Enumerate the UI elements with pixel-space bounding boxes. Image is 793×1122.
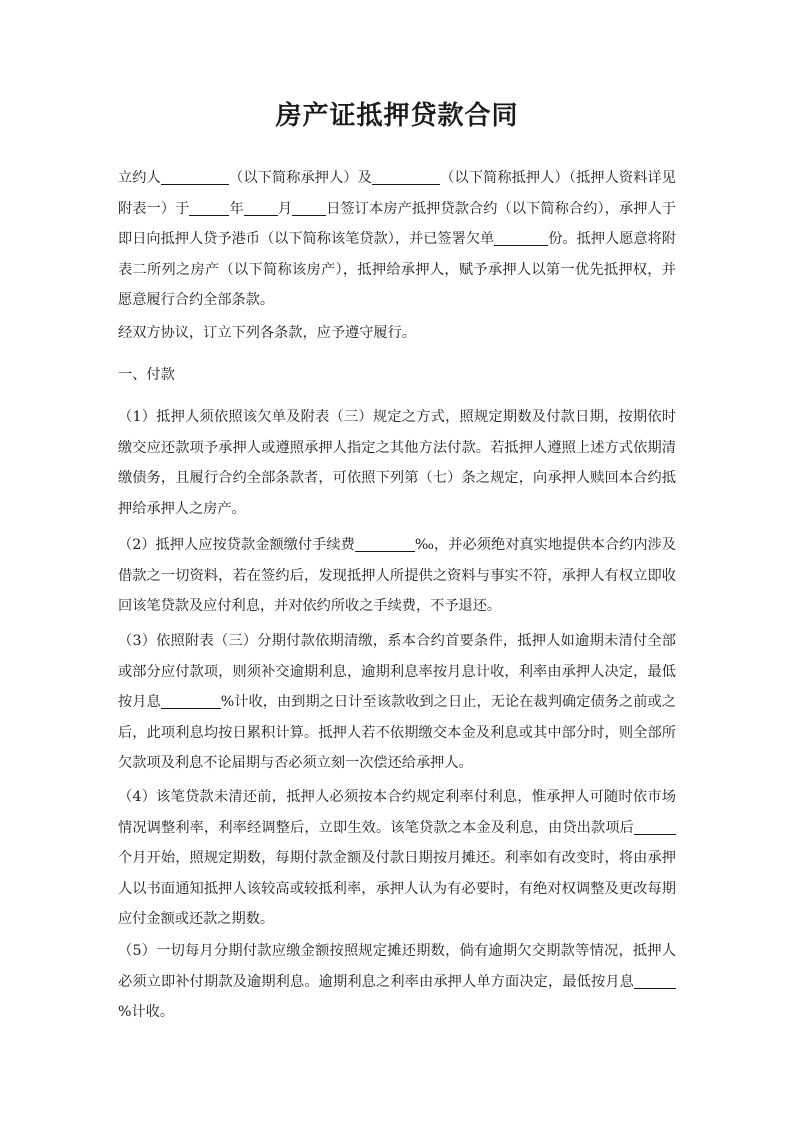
agreement-statement: 经双方协议，订立下列各条款，应予遵守履行。 [118,318,676,349]
min-interest-rate-blank [634,973,676,988]
month-blank [244,200,278,215]
clause-2: （2）抵押人应按贷款金额缴付手续费‰，并必须绝对真实地提供本合约内涉及借款之一切… [118,530,676,622]
mortgagee-name-blank [161,170,229,185]
preamble-paragraph: 立约人（以下简称承押人）及（以下简称抵押人）（抵押人资料详见附表一）于年月日签订… [118,163,676,316]
clause-4: （4）该笔贷款未清还前，抵押人必须按本合约规定利率付利息，惟承押人可随时依市场情… [118,782,676,935]
text: （以下简称承押人）及 [229,170,372,186]
months-blank [634,819,676,834]
clause-1: （1）抵押人须依照该欠单及附表（三）规定之方式，照规定期数及付款日期，按期依时缴… [118,402,676,524]
fee-rate-blank [355,537,415,552]
year-blank [189,200,229,215]
overdue-interest-rate-blank [161,694,221,709]
clause-3: （3）依照附表（三）分期付款依期清缴，系本合约首要条件，抵押人如逾期未清付全部或… [118,626,676,779]
text: %计收。 [118,1004,174,1020]
text: （2）抵押人应按贷款金额缴付手续费 [118,537,355,553]
copies-blank [494,231,548,246]
clause-5: （5）一切每月分期付款应缴金额按照规定摊还期数，倘有逾期欠交期款等情况，抵押人必… [118,936,676,1028]
text: 年 [229,201,243,217]
text: （4）该笔贷款未清还前，抵押人必须按本合约规定利率付利息，惟承押人可随时依市场情… [118,789,676,836]
section-heading-payment: 一、付款 [118,360,676,391]
text: 立约人 [118,170,161,186]
day-blank [292,200,326,215]
text: （5）一切每月分期付款应缴金额按照规定摊还期数，倘有逾期欠交期款等情况，抵押人必… [118,943,676,990]
mortgagor-name-blank [372,170,440,185]
document-title: 房产证抵押贷款合同 [118,98,676,134]
text: 月 [278,201,292,217]
text: 个月开始，照规定期数，每期付款金额及付款日期按月摊还。利率如有改变时，将由承押人… [118,850,676,927]
